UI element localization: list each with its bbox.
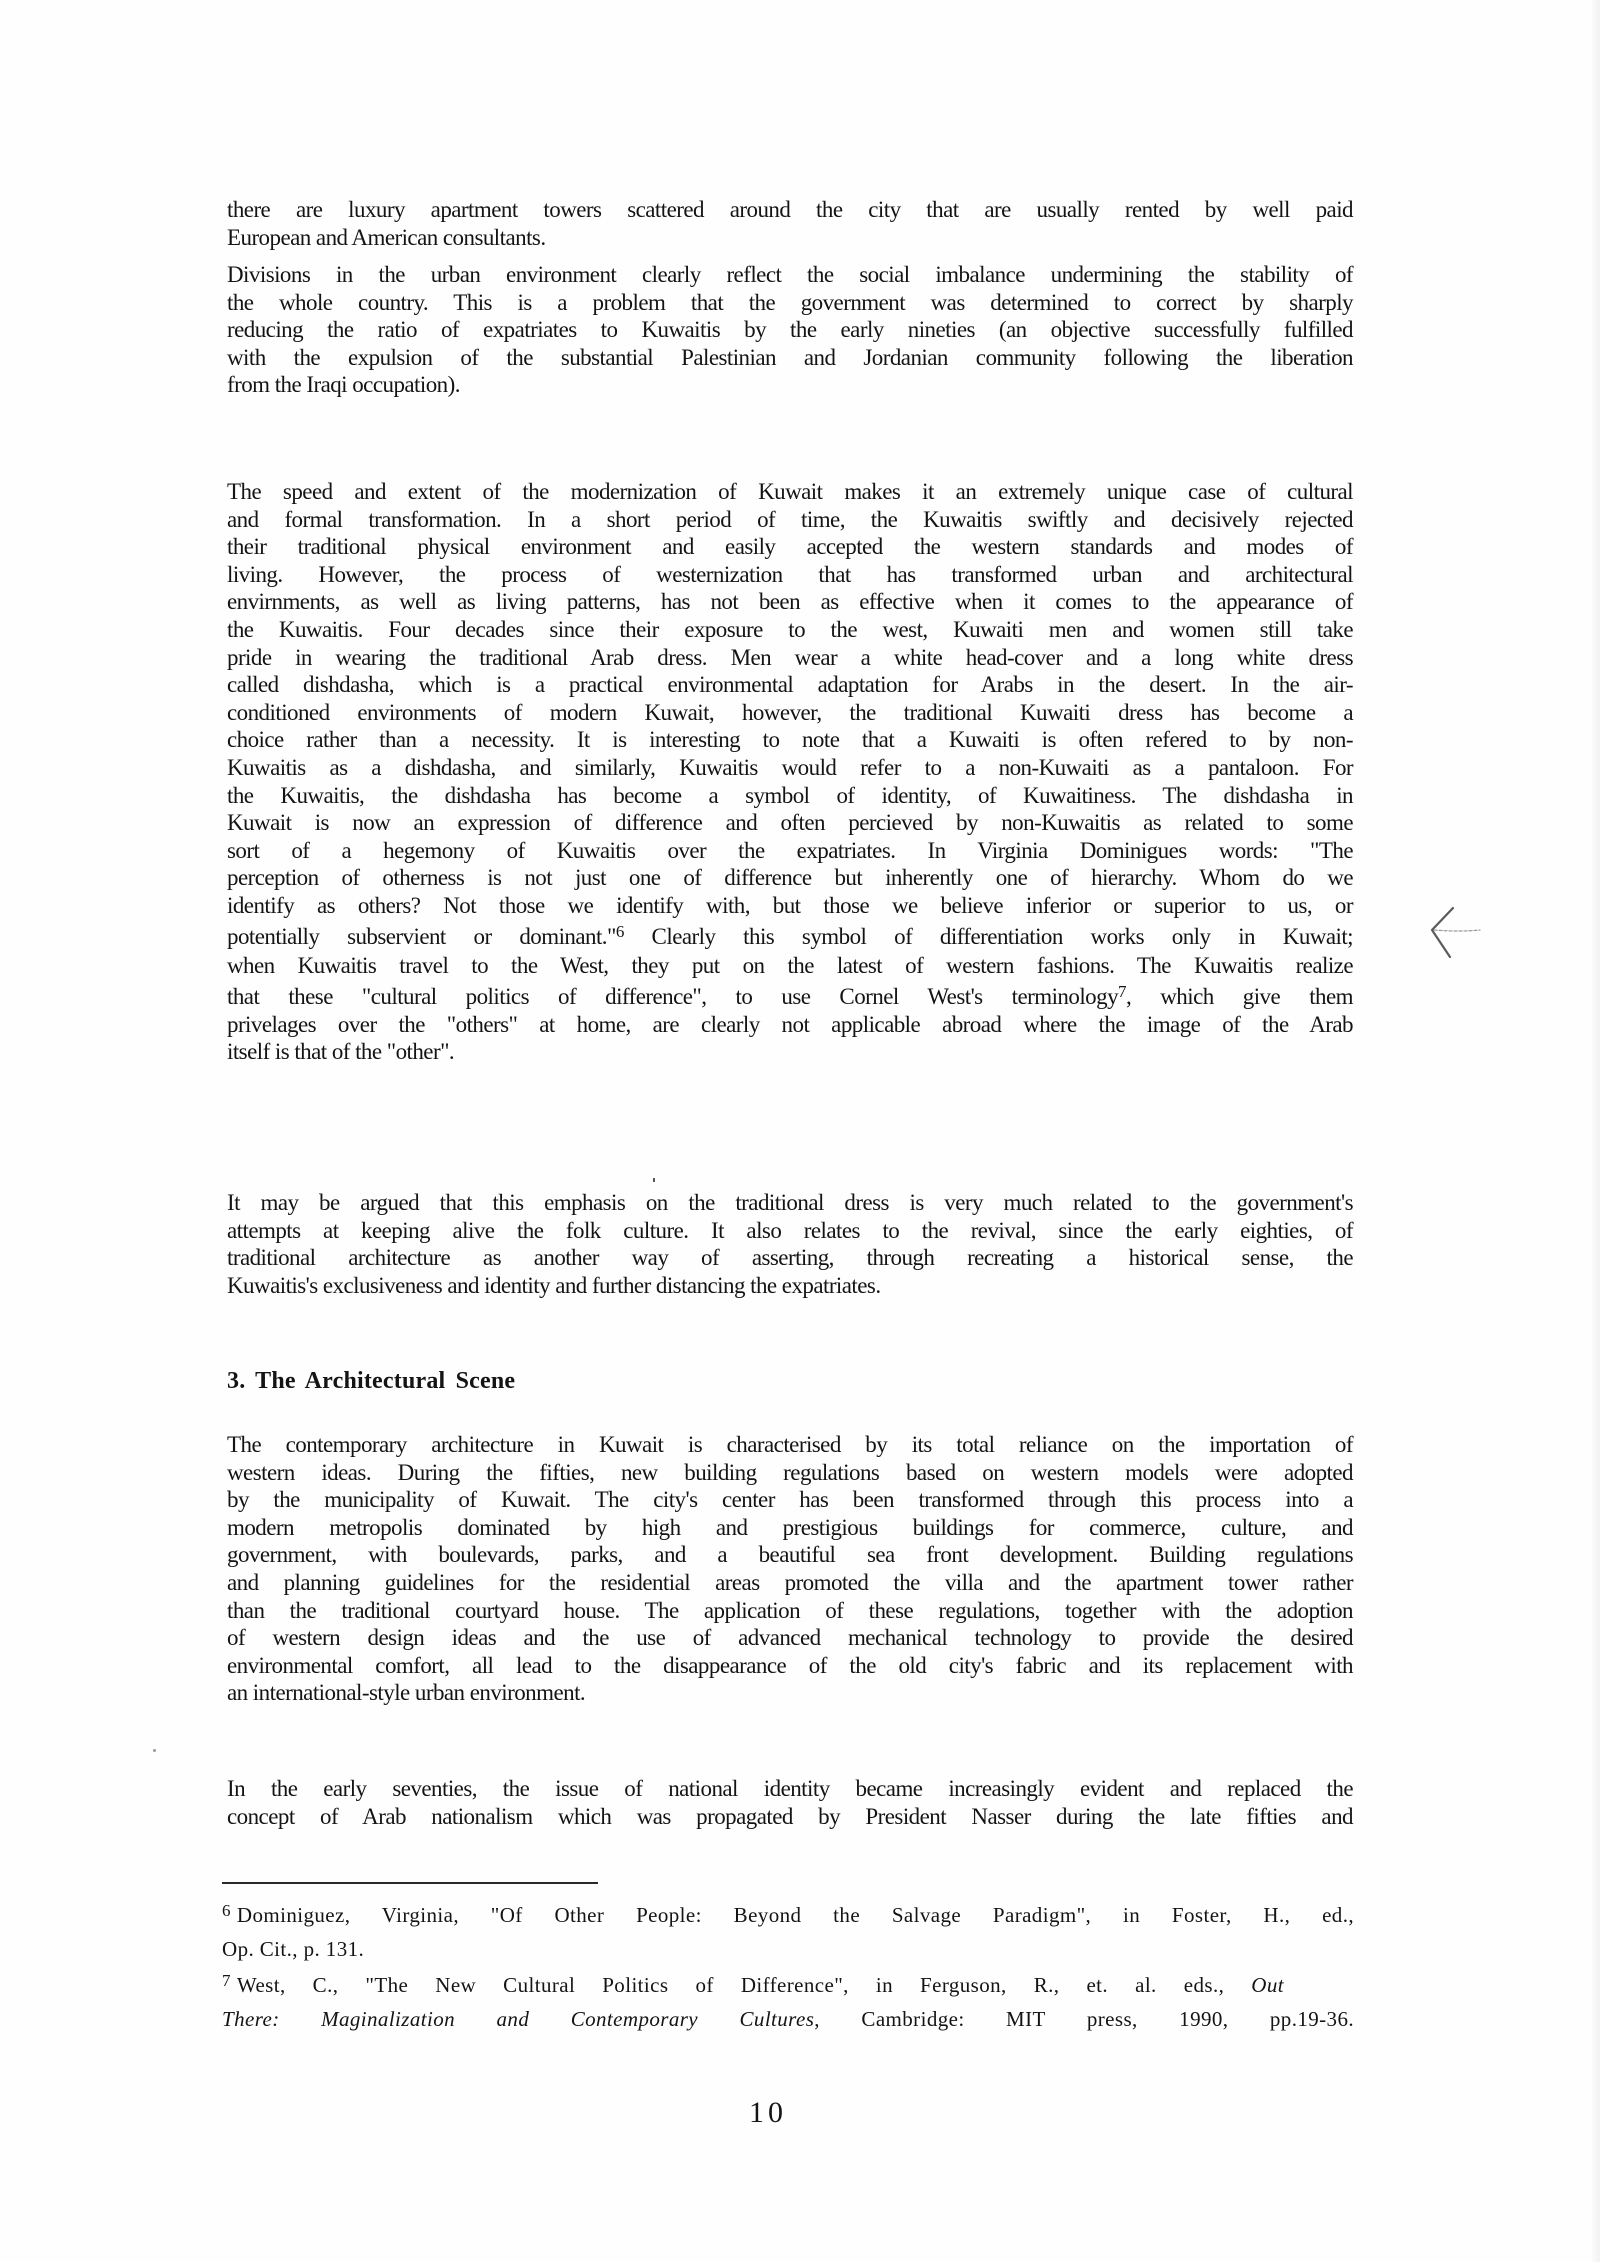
text-line-with-footnote-ref: potentially subservient or dominant."6 C…: [227, 923, 1353, 952]
text-line: conditioned environments of modern Kuwai…: [227, 699, 1353, 727]
text-line: traditional architecture as another way …: [227, 1244, 1353, 1272]
text-line: In the early seventies, the issue of nat…: [227, 1775, 1353, 1803]
paragraph-3: The speed and extent of the modernizatio…: [227, 478, 1353, 1066]
text-line: perception of otherness is not just one …: [227, 864, 1353, 892]
text-line: western ideas. During the fifties, new b…: [227, 1459, 1353, 1487]
text-line: the whole country. This is a problem tha…: [227, 289, 1353, 317]
text-line: privelages over the "others" at home, ar…: [227, 1011, 1353, 1039]
footnote-6: 6Dominiguez, Virginia, "Of Other People:…: [222, 1898, 1354, 1966]
section-heading: 3. The Architectural Scene: [227, 1368, 515, 1395]
footnote-text: Dominiguez, Virginia, "Of Other People: …: [237, 1903, 1354, 1927]
text-line: concept of Arab nationalism which was pr…: [227, 1803, 1353, 1831]
paragraph-6: In the early seventies, the issue of nat…: [227, 1775, 1353, 1830]
footnote-ref-6[interactable]: 6: [616, 922, 624, 941]
scan-speck: [653, 1178, 655, 1182]
footnote-line: There: Maginalization and Contemporary C…: [222, 2002, 1354, 2036]
text-line: living. However, the process of westerni…: [227, 561, 1353, 589]
text-line: of western design ideas and the use of a…: [227, 1624, 1353, 1652]
footnote-text: , Cambridge: MIT press, 1990, pp.19-36.: [814, 2007, 1354, 2031]
text-line: the Kuwaitis, the dishdasha has become a…: [227, 782, 1353, 810]
text-line: European and American consultants.: [227, 224, 1353, 252]
text-line: environmental comfort, all lead to the d…: [227, 1652, 1353, 1680]
footnote-line: 6Dominiguez, Virginia, "Of Other People:…: [222, 1898, 1354, 1932]
text-line: and planning guidelines for the resident…: [227, 1569, 1353, 1597]
paragraph-4: It may be argued that this emphasis on t…: [227, 1189, 1353, 1299]
footnote-line: 7West, C., "The New Cultural Politics of…: [222, 1968, 1354, 2002]
footnote-number: 7: [222, 1971, 231, 1990]
document-page: there are luxury apartment towers scatte…: [0, 0, 1600, 2262]
text-line: The contemporary architecture in Kuwait …: [227, 1431, 1353, 1459]
text-line: by the municipality of Kuwait. The city'…: [227, 1486, 1353, 1514]
scan-speck: [153, 1749, 156, 1752]
text-line: reducing the ratio of expatriates to Kuw…: [227, 316, 1353, 344]
text-line: It may be argued that this emphasis on t…: [227, 1189, 1353, 1217]
text-line: called dishdasha, which is a practical e…: [227, 671, 1353, 699]
paragraph-1: there are luxury apartment towers scatte…: [227, 196, 1353, 251]
text-line: and formal transformation. In a short pe…: [227, 506, 1353, 534]
text-line: identify as others? Not those we identif…: [227, 892, 1353, 923]
text-line: sort of a hegemony of Kuwaitis over the …: [227, 837, 1353, 865]
footnote-title-italic: Out: [1251, 1973, 1284, 1997]
text-line: than the traditional courtyard house. Th…: [227, 1597, 1353, 1625]
paragraph-2: Divisions in the urban environment clear…: [227, 261, 1353, 399]
text-fragment: potentially subservient or dominant.": [227, 924, 616, 949]
text-line: the Kuwaitis. Four decades since their e…: [227, 616, 1353, 644]
text-fragment: Clearly this symbol of differentiation w…: [624, 924, 1353, 949]
text-fragment: , which give them: [1126, 984, 1353, 1009]
text-line: with the expulsion of the substantial Pa…: [227, 344, 1353, 372]
text-line: an international-style urban environment…: [227, 1679, 1353, 1707]
text-fragment: that these "cultural politics of differe…: [227, 984, 1118, 1009]
text-line: attempts at keeping alive the folk cultu…: [227, 1217, 1353, 1245]
text-line: their traditional physical environment a…: [227, 533, 1353, 561]
text-line: Kuwaitis as a dishdasha, and similarly, …: [227, 754, 1353, 782]
footnote-7: 7West, C., "The New Cultural Politics of…: [222, 1968, 1354, 2036]
text-line: envirnments, as well as living patterns,…: [227, 588, 1353, 616]
text-line: when Kuwaitis travel to the West, they p…: [227, 952, 1353, 983]
page-number: 10: [749, 2096, 787, 2130]
text-line-with-footnote-ref: that these "cultural politics of differe…: [227, 983, 1353, 1011]
text-line: Kuwait is now an expression of differenc…: [227, 809, 1353, 837]
text-line: modern metropolis dominated by high and …: [227, 1514, 1353, 1542]
text-line: Kuwaitis's exclusiveness and identity an…: [227, 1272, 1353, 1300]
footnote-text: West, C., "The New Cultural Politics of …: [237, 1973, 1251, 1997]
text-line: The speed and extent of the modernizatio…: [227, 478, 1353, 506]
paragraph-5: The contemporary architecture in Kuwait …: [227, 1431, 1353, 1707]
footnote-separator: [222, 1882, 598, 1884]
text-line: pride in wearing the traditional Arab dr…: [227, 644, 1353, 672]
footnotes: 6Dominiguez, Virginia, "Of Other People:…: [222, 1898, 1354, 2036]
text-line: there are luxury apartment towers scatte…: [227, 196, 1353, 224]
text-line: from the Iraqi occupation).: [227, 371, 1353, 399]
left-arrow-icon: [1420, 900, 1510, 970]
footnote-number: 6: [222, 1901, 231, 1920]
text-line: Divisions in the urban environment clear…: [227, 261, 1353, 289]
footnote-ref-7[interactable]: 7: [1118, 982, 1126, 1001]
text-line: choice rather than a necessity. It is in…: [227, 726, 1353, 754]
page-edge-shadow: [1592, 0, 1600, 2262]
text-line: itself is that of the "other".: [227, 1038, 1353, 1066]
footnote-title-italic: There: Maginalization and Contemporary C…: [222, 2007, 814, 2031]
footnote-line: Op. Cit., p. 131.: [222, 1932, 1354, 1966]
text-line: government, with boulevards, parks, and …: [227, 1541, 1353, 1569]
